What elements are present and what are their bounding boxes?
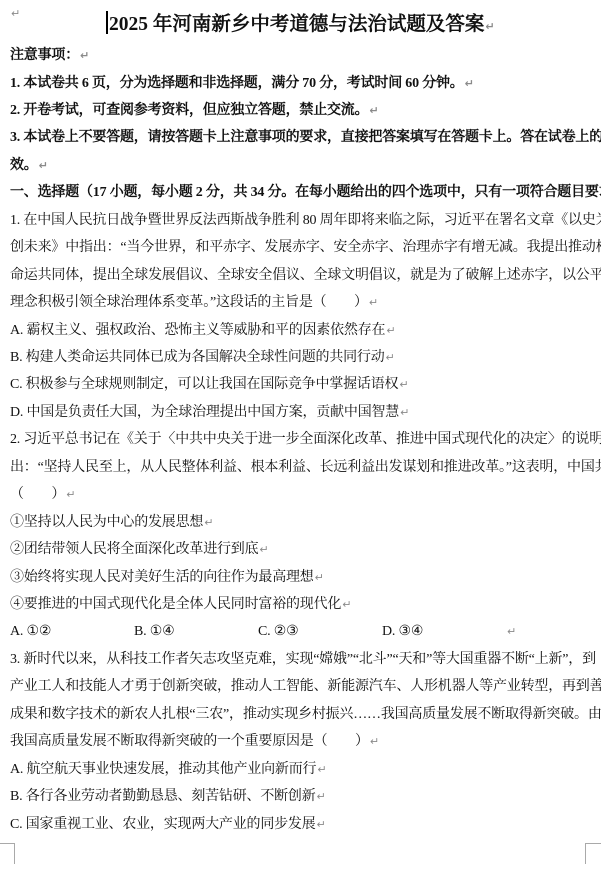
text-boundary-corner-right (585, 843, 601, 864)
q1-option-d-text: D. 中国是负责任大国，为全球治理提出中国方案，贡献中国智慧 (10, 405, 399, 420)
q3-stem-line-2[interactable]: 产业工人和技能人才勇于创新突破，推动人工智能、新能源汽车、人形机器人等产业转型，… (10, 673, 597, 700)
q2-options-row[interactable]: A. ①②B. ①④C. ②③D. ③④↵ (10, 618, 597, 645)
paragraph-mark-icon: ↵ (259, 543, 268, 556)
q3-option-b[interactable]: B. 各行各业劳动者勤勤恳恳、刻苦钻研、不断创新↵ (10, 783, 597, 810)
document-title[interactable]: 2025 年河南新乡中考道德与法治试题及答案↵ (0, 9, 601, 41)
text-boundary-corner-left (0, 843, 15, 864)
q2-stem-line-3[interactable]: （ ）↵ (10, 481, 597, 508)
document-page[interactable]: ↵2025 年河南新乡中考道德与法治试题及答案↵注意事项：↵1. 本试卷共 6 … (0, 0, 601, 885)
q1-stem-line-1[interactable]: 1. 在中国人民抗日战争暨世界反法西斯战争胜利 80 周年即将来临之际，习近平在… (10, 207, 597, 234)
q3-stem-line-3[interactable]: 成果和数字技术的新农人扎根“三农”，推动实现乡村振兴……我国高质量发展不断取得新… (10, 701, 597, 728)
paragraph-mark-icon: ↵ (485, 20, 494, 33)
paragraph-mark-icon: ↵ (317, 790, 326, 803)
paragraph-mark-icon: ↵ (204, 516, 213, 529)
q2-options-row-col-4[interactable]: D. ③④ (382, 618, 506, 645)
q3-option-c-text: C. 国家重视工业、农业，实现两大产业的同步发展 (10, 817, 316, 832)
q2-options-row-col-2[interactable]: B. ①④ (134, 618, 258, 645)
q1-stem-line-2[interactable]: 创未来》中指出：“当今世界，和平赤字、发展赤字、安全赤字、治理赤字有增无减。我提… (10, 234, 597, 261)
q1-stem-line-3[interactable]: 命运共同体，提出全球发展倡议、全球安全倡议、全球文明倡议，就是为了破解上述赤字，… (10, 262, 597, 289)
q2-item-2-text: ②团结带领人民将全面深化改革进行到底 (10, 542, 258, 557)
q2-stem-line-3-text: （ ） (10, 487, 65, 502)
q2-stem-line-1[interactable]: 2. 习近平总书记在《关于〈中共中央关于进一步全面深化改革、推进中国式现代化的决… (10, 426, 597, 453)
q1-stem-line-4[interactable]: 理念积极引领全球治理体系变革。”这段话的主旨是（ ）↵ (10, 289, 597, 316)
q2-item-1[interactable]: ①坚持以人民为中心的发展思想↵ (10, 509, 597, 536)
q2-item-3-text: ③始终将实现人民对美好生活的向往作为最高理想 (10, 570, 314, 585)
section-1-heading[interactable]: 一、选择题（17 小题，每小题 2 分，共 34 分。在每小题给出的四个选项中，… (10, 179, 597, 206)
notices-heading[interactable]: 注意事项：↵ (10, 42, 597, 69)
paragraph-mark-icon: ↵ (369, 296, 378, 309)
paragraph-mark-icon: ↵ (400, 406, 409, 419)
q3-option-a[interactable]: A. 航空航天事业快速发展，推动其他产业向新而行↵ (10, 756, 597, 783)
q2-item-4-text: ④要推进的中国式现代化是全体人民同时富裕的现代化 (10, 597, 341, 612)
q2-item-2[interactable]: ②团结带领人民将全面深化改革进行到底↵ (10, 536, 597, 563)
q3-option-a-text: A. 航空航天事业快速发展，推动其他产业向新而行 (10, 762, 316, 777)
q2-item-1-text: ①坚持以人民为中心的发展思想 (10, 515, 203, 530)
q2-stem-line-1-text: 2. 习近平总书记在《关于〈中共中央关于进一步全面深化改革、推进中国式现代化的决… (10, 432, 601, 447)
q3-stem-line-4[interactable]: 我国高质量发展不断取得新突破的一个重要原因是（ ）↵ (10, 728, 597, 755)
paragraph-mark-icon: ↵ (80, 49, 89, 62)
paragraph-mark-icon: ↵ (39, 159, 48, 172)
paragraph-mark-icon: ↵ (399, 378, 408, 391)
q3-stem-line-4-text: 我国高质量发展不断取得新突破的一个重要原因是（ ） (10, 734, 369, 749)
q3-option-c[interactable]: C. 国家重视工业、农业，实现两大产业的同步发展↵ (10, 811, 597, 838)
notice-3-line-1[interactable]: 3. 本试卷上不要答题，请按答题卡上注意事项的要求，直接把答案填写在答题卡上。答… (10, 124, 597, 151)
q3-stem-line-1[interactable]: 3. 新时代以来，从科技工作者矢志攻坚克难，实现“嫦娥”“北斗”“天和”等大国重… (10, 646, 597, 673)
q1-option-c[interactable]: C. 积极参与全球规则制定，可以让我国在国际竞争中掌握话语权↵ (10, 371, 597, 398)
paragraph-mark-icon: ↵ (315, 571, 324, 584)
q2-stem-line-2-text: 出：“坚持人民至上，从人民整体利益、根本利益、长远利益出发谋划和推进改革。”这表… (10, 460, 601, 475)
q2-stem-line-2[interactable]: 出：“坚持人民至上，从人民整体利益、根本利益、长远利益出发谋划和推进改革。”这表… (10, 454, 597, 481)
q1-option-a-text: A. 霸权主义、强权政治、恐怖主义等威胁和平的因素依然存在 (10, 323, 385, 338)
q1-option-a[interactable]: A. 霸权主义、强权政治、恐怖主义等威胁和平的因素依然存在↵ (10, 317, 597, 344)
q2-options-row-col-3[interactable]: C. ②③ (258, 618, 382, 645)
paragraph-mark-icon: ↵ (317, 818, 326, 831)
q1-option-c-text: C. 积极参与全球规则制定，可以让我国在国际竞争中掌握话语权 (10, 377, 398, 392)
q3-stem-line-2-text: 产业工人和技能人才勇于创新突破，推动人工智能、新能源汽车、人形机器人等产业转型，… (10, 679, 601, 694)
paragraph-mark-icon: ↵ (386, 324, 395, 337)
notice-2-text: 2. 开卷考试，可查阅参考资料，但应独立答题，禁止交流。 (10, 103, 368, 118)
q1-option-b[interactable]: B. 构建人类命运共同体已成为各国解决全球性问题的共同行动↵ (10, 344, 597, 371)
notice-1-text: 1. 本试卷共 6 页，分为选择题和非选择题，满分 70 分，考试时间 60 分… (10, 76, 464, 91)
paragraph-mark-icon: ↵ (66, 488, 75, 501)
q3-stem-line-1-text: 3. 新时代以来，从科技工作者矢志攻坚克难，实现“嫦娥”“北斗”“天和”等大国重… (10, 652, 596, 667)
paragraph-mark-icon: ↵ (386, 351, 395, 364)
notice-3-line-2-text: 效。 (10, 158, 38, 173)
q1-option-b-text: B. 构建人类命运共同体已成为各国解决全球性问题的共同行动 (10, 350, 385, 365)
q1-stem-line-2-text: 创未来》中指出：“当今世界，和平赤字、发展赤字、安全赤字、治理赤字有增无减。我提… (10, 240, 601, 255)
q1-option-d[interactable]: D. 中国是负责任大国，为全球治理提出中国方案，贡献中国智慧↵ (10, 399, 597, 426)
q3-stem-line-3-text: 成果和数字技术的新农人扎根“三农”，推动实现乡村振兴……我国高质量发展不断取得新… (10, 707, 601, 722)
document-title-text: 2025 年河南新乡中考道德与法治试题及答案 (109, 14, 484, 35)
paragraph-mark-icon: ↵ (369, 104, 378, 117)
q2-item-3[interactable]: ③始终将实现人民对美好生活的向往作为最高理想↵ (10, 564, 597, 591)
notice-2[interactable]: 2. 开卷考试，可查阅参考资料，但应独立答题，禁止交流。↵ (10, 97, 597, 124)
notice-1[interactable]: 1. 本试卷共 6 页，分为选择题和非选择题，满分 70 分，考试时间 60 分… (10, 70, 597, 97)
paragraph-mark-icon: ↵ (465, 77, 474, 90)
paragraph-mark-icon: ↵ (342, 598, 351, 611)
q1-stem-line-1-text: 1. 在中国人民抗日战争暨世界反法西斯战争胜利 80 周年即将来临之际，习近平在… (10, 213, 601, 228)
notice-3-line-2[interactable]: 效。↵ (10, 152, 597, 179)
q2-options-row-col-1[interactable]: A. ①② (10, 618, 134, 645)
notice-3-line-1-text: 3. 本试卷上不要答题，请按答题卡上注意事项的要求，直接把答案填写在答题卡上。答… (10, 130, 601, 145)
q3-option-b-text: B. 各行各业劳动者勤勤恳恳、刻苦钻研、不断创新 (10, 789, 316, 804)
text-cursor (106, 11, 108, 34)
q1-stem-line-3-text: 命运共同体，提出全球发展倡议、全球安全倡议、全球文明倡议，就是为了破解上述赤字，… (10, 268, 601, 283)
notices-heading-text: 注意事项： (10, 48, 79, 63)
q2-item-4[interactable]: ④要推进的中国式现代化是全体人民同时富裕的现代化↵ (10, 591, 597, 618)
q1-stem-line-4-text: 理念积极引领全球治理体系变革。”这段话的主旨是（ ） (10, 295, 368, 310)
section-1-heading-text: 一、选择题（17 小题，每小题 2 分，共 34 分。在每小题给出的四个选项中，… (10, 185, 601, 200)
paragraph-mark-icon: ↵ (370, 735, 379, 748)
paragraph-mark-icon: ↵ (317, 763, 326, 776)
paragraph-mark-icon: ↵ (507, 625, 516, 638)
